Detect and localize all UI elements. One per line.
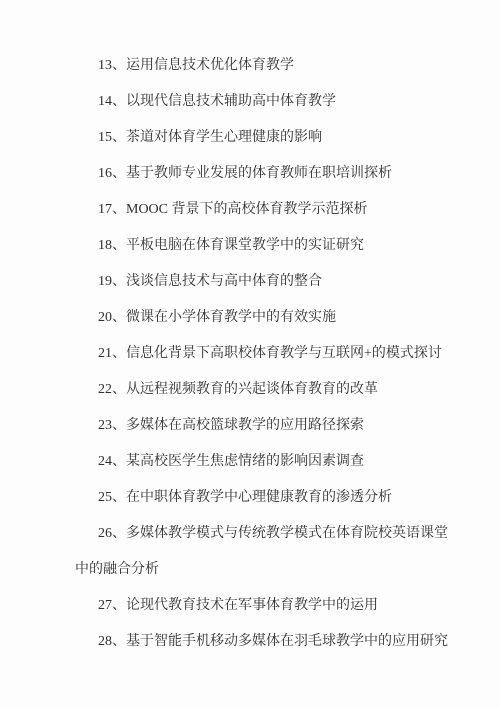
list-item: 20、微课在小学体育教学中的有效实施 (75, 300, 460, 336)
document-page: 13、运用信息技术优化体育教学14、以现代信息技术辅助高中体育教学15、茶道对体… (0, 0, 500, 708)
list-item: 27、论现代教育技术在军事体育教学中的运用 (75, 588, 460, 624)
list-item: 13、运用信息技术优化体育教学 (75, 48, 460, 84)
list-item: 28、基于智能手机移动多媒体在羽毛球教学中的应用研究 (75, 624, 460, 660)
list-item: 23、多媒体在高校篮球教学的应用路径探索 (75, 408, 460, 444)
list-item: 24、某高校医学生焦虑情绪的影响因素调查 (75, 444, 460, 480)
topic-list: 13、运用信息技术优化体育教学14、以现代信息技术辅助高中体育教学15、茶道对体… (0, 0, 500, 660)
list-item: 22、从远程视频教育的兴起谈体育教育的改革 (75, 372, 460, 408)
list-item: 25、在中职体育教学中心理健康教育的渗透分析 (75, 480, 460, 516)
list-item: 21、信息化背景下高职校体育教学与互联网+的模式探讨 (75, 336, 460, 372)
list-item: 16、基于教师专业发展的体育教师在职培训探析 (75, 156, 460, 192)
list-item: 14、以现代信息技术辅助高中体育教学 (75, 84, 460, 120)
list-item: 19、浅谈信息技术与高中体育的整合 (75, 264, 460, 300)
list-item: 26、多媒体教学模式与传统教学模式在体育院校英语课堂中的融合分析 (75, 516, 460, 588)
list-item: 18、平板电脑在体育课堂教学中的实证研究 (75, 228, 460, 264)
list-item: 15、茶道对体育学生心理健康的影响 (75, 120, 460, 156)
list-item: 17、MOOC 背景下的高校体育教学示范探析 (75, 192, 460, 228)
